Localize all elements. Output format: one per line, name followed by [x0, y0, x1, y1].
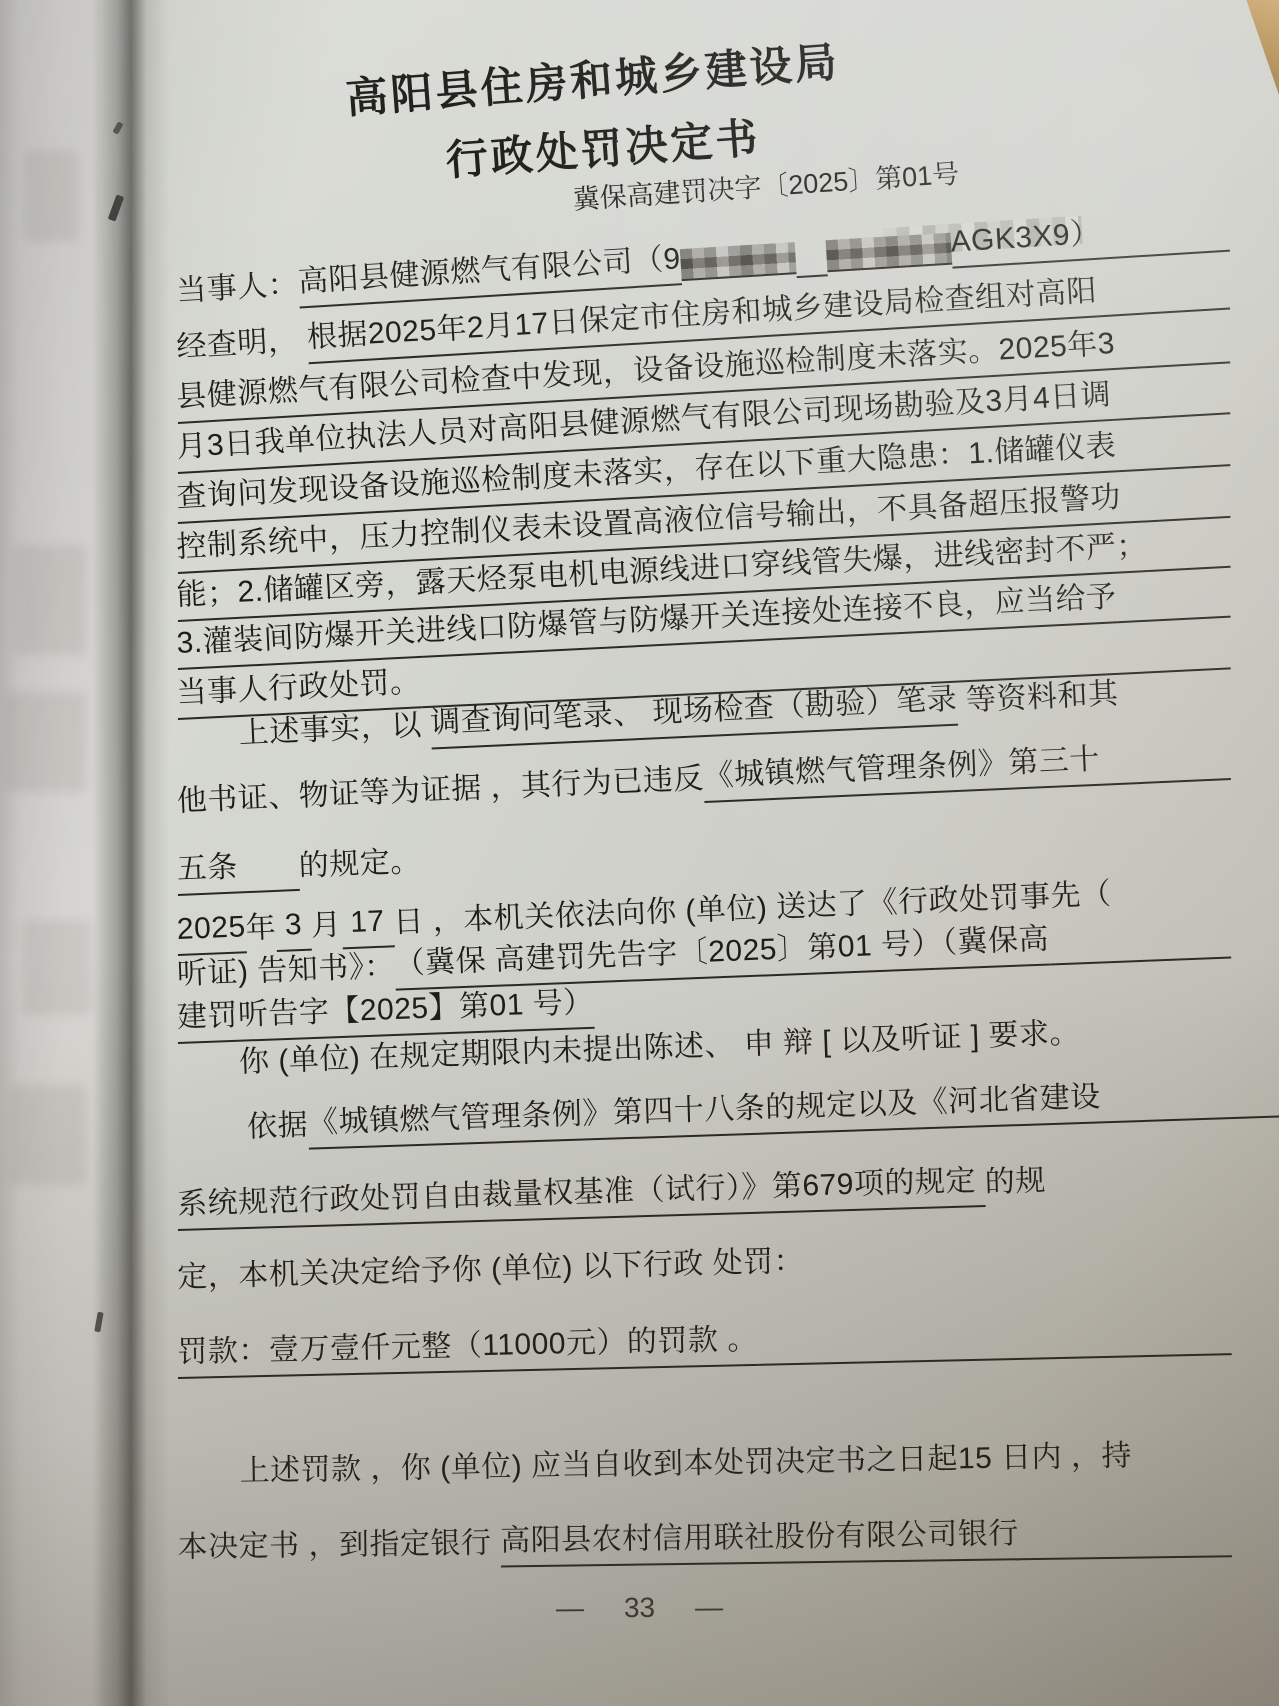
- page-number: — 33 —: [0, 1589, 1279, 1628]
- page-number-dash: —: [695, 1592, 723, 1624]
- bleed-through-text: [22, 920, 92, 1015]
- bleed-through-text: [24, 150, 78, 242]
- text-segment: 本决定书 ，到指定银行: [177, 1525, 500, 1572]
- underlined-text: 3: [275, 907, 312, 953]
- bleed-through-text: [10, 1085, 86, 1185]
- text-segment: 等资料和其: [956, 676, 1119, 726]
- text-segment: 年: [245, 910, 277, 954]
- redaction-mosaic: [680, 243, 797, 282]
- underlined-text: 2025: [176, 909, 246, 956]
- text-segment: 的规定。: [298, 844, 422, 891]
- text-segment: 的规: [984, 1163, 1046, 1207]
- text-segment: 经查明，: [175, 322, 308, 372]
- underlined-text: AGK3X9）: [950, 216, 1103, 269]
- page-number-dash: —: [556, 1592, 584, 1624]
- page-number-value: 33: [624, 1592, 655, 1624]
- bleed-through-text: [6, 692, 86, 792]
- underlined-text: [794, 232, 827, 278]
- text-segment: 依据: [247, 1108, 309, 1152]
- text-segment: 日: [393, 904, 425, 948]
- underlined-text: 五条: [176, 847, 300, 896]
- text-segment: 当事人：: [175, 267, 299, 317]
- bleed-through-text: [14, 545, 86, 655]
- text-segment: 听证) 告知书》：: [176, 949, 395, 1000]
- document-photo: 高阳县住房和城乡建设局 行政处罚决定书 冀保高建罚决字〔2025〕第01号 当事…: [0, 0, 1279, 1706]
- underlined-text: 高阳县农村信用联社股份有限公司银行: [500, 1516, 1019, 1568]
- text-segment: 上述事实，以: [238, 708, 432, 759]
- underlined-text: 17: [341, 903, 395, 949]
- page-fold-shadow: [92, 0, 170, 1706]
- redaction-mosaic: [825, 233, 952, 273]
- text-segment: 月: [310, 907, 342, 951]
